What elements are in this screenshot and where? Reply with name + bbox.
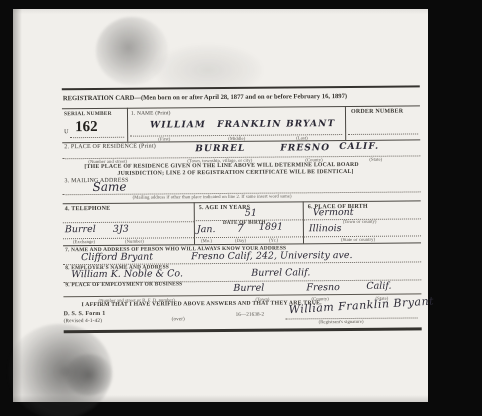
- serial-number-label: SERIAL NUMBER: [64, 111, 112, 117]
- name-sublabel-last: (Last): [296, 135, 308, 140]
- employer-address-value: Burrel Calif.: [251, 267, 310, 278]
- telephone-label: 4. TELEPHONE: [65, 206, 111, 212]
- residence-notice-line2: JURISDICTION; LINE 2 OF REGISTRATION CER…: [117, 168, 353, 176]
- header-divider-2: [345, 106, 346, 140]
- birthplace-state-value: Illinois: [309, 223, 342, 234]
- dob-day-value: 7: [237, 222, 244, 235]
- name-middle-value: FRANKLIN: [217, 120, 282, 131]
- name-first-value: WILLIAM: [150, 120, 206, 130]
- residence-state-value: CALIF.: [339, 142, 379, 152]
- residence-sublabel-street: (Number and street): [88, 158, 127, 163]
- scanned-image: REGISTRATION CARD—(Men born on or after …: [0, 0, 482, 416]
- residence-county-value: FRESNO: [280, 143, 330, 153]
- order-number-line: [348, 132, 418, 135]
- signature-sublabel: (Registrant's signature): [319, 318, 364, 323]
- name-label: 1. NAME (Print): [131, 110, 171, 116]
- employment-state-value: Calif.: [366, 281, 391, 292]
- form-number: D. S. S. Form 1: [64, 311, 106, 317]
- registrant-signature: William Franklin Bryant: [288, 295, 434, 317]
- residence-sublabel-state: (State): [369, 156, 382, 161]
- birthplace-town-sublabel: (Town or county): [343, 219, 377, 224]
- registration-card: REGISTRATION CARD—(Men born on or after …: [62, 82, 422, 335]
- scan-smudge-bottom-small: [65, 354, 113, 396]
- dob-sublabel-yr: (Yr.): [269, 237, 278, 242]
- employment-county-value: Fresno: [306, 282, 340, 293]
- residence-label: 2. PLACE OF RESIDENCE (Print): [64, 143, 156, 150]
- name-last-value: BRYANT: [286, 119, 335, 129]
- card-top-border: [62, 85, 420, 90]
- serial-number-value: 162: [75, 119, 98, 136]
- residence-town-value: BURREL: [195, 144, 245, 154]
- age-label: 5. AGE IN YEARS: [199, 205, 251, 211]
- telephone-number-value: 3J3: [113, 224, 129, 235]
- dob-sublabel-day: (Day): [235, 237, 246, 242]
- mailing-sublabel: (Mailing address if other than place ind…: [133, 193, 292, 199]
- card-title: REGISTRATION CARD—(Men born on or after …: [63, 93, 347, 102]
- dob-year-value: 1891: [259, 222, 283, 233]
- telephone-sublabel-number: (Number): [125, 238, 144, 243]
- paper-page: REGISTRATION CARD—(Men born on or after …: [13, 9, 428, 402]
- age-value: 51: [245, 208, 257, 219]
- affirmation-text: I AFFIRM THAT I HAVE VERIFIED ABOVE ANSW…: [81, 300, 321, 308]
- birthplace-state-sublabel: (State or country): [341, 236, 375, 241]
- form-revised: (Revised 4-1-42): [64, 317, 103, 323]
- employment-label: 9. PLACE OF EMPLOYMENT OR BUSINESS: [65, 281, 182, 288]
- name-sublabel-first: (First): [158, 136, 170, 141]
- print-code: 16—21638-2: [236, 312, 265, 318]
- contact-name-value: Clifford Bryant: [81, 252, 153, 264]
- telephone-exchange-value: Burrel: [65, 224, 96, 235]
- form-over: (over): [172, 316, 185, 322]
- employment-town-value: Burrel: [233, 283, 264, 294]
- order-number-label: ORDER NUMBER: [351, 109, 403, 115]
- name-sublabel-middle: (Middle): [228, 135, 245, 140]
- telephone-sublabel-exchange: (Exchange): [73, 238, 95, 243]
- card-bottom-border: [64, 327, 422, 333]
- serial-underline: [70, 136, 124, 138]
- residence-sublabel-county: (County): [305, 157, 322, 162]
- employer-name-value: William K. Noble & Co.: [71, 268, 183, 280]
- dob-sublabel-mo: (Mo.): [201, 238, 212, 243]
- header-divider-1: [127, 108, 128, 142]
- serial-prefix: U: [64, 129, 68, 135]
- dob-month-value: Jan.: [197, 224, 216, 235]
- birthplace-town-value: Vermont: [313, 207, 354, 218]
